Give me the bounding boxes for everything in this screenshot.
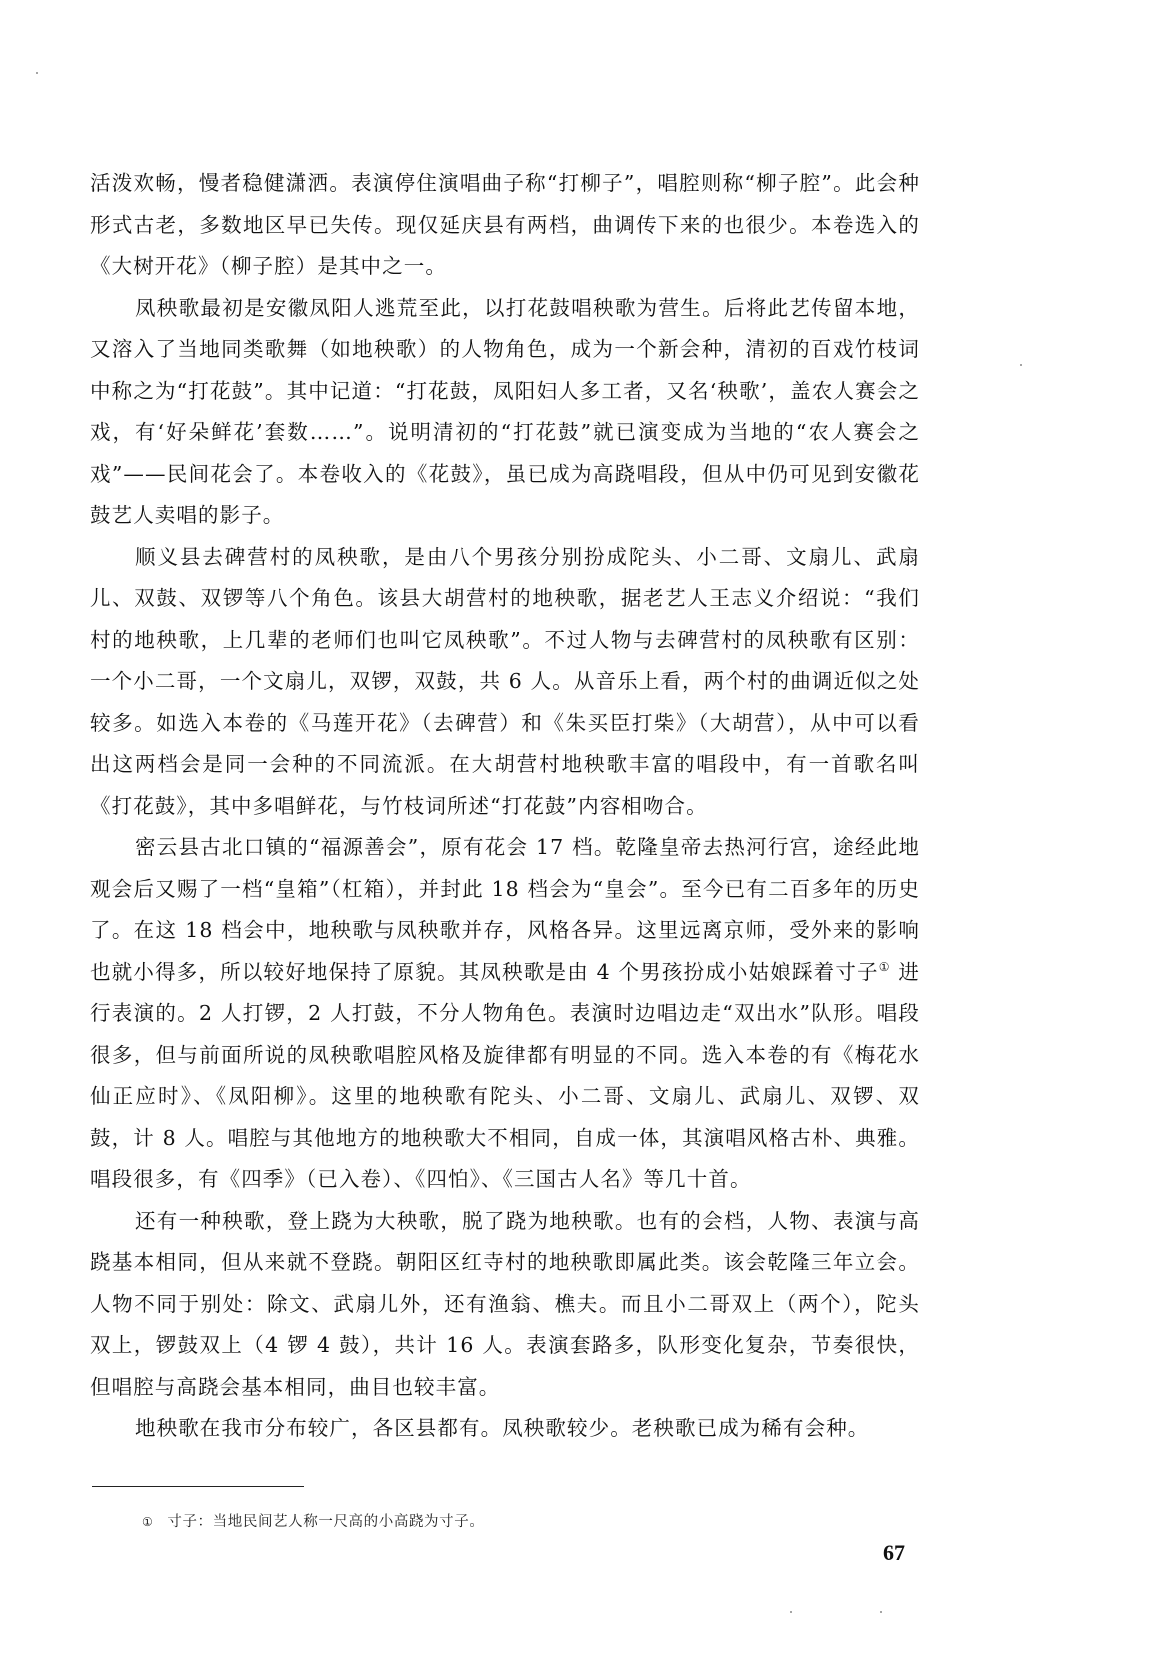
scan-speck <box>36 72 38 74</box>
paragraph-text-part-2: 进行表演的。2 人打锣，2 人打鼓，不分人物角色。表演时边唱边走“双出水”队形。… <box>90 960 920 1192</box>
paragraph-miyun-county: 密云县古北口镇的“福源善会”，原有花会 17 档。乾隆皇帝去热河行宫，途经此地观… <box>90 827 920 1201</box>
scan-speck <box>790 1611 792 1613</box>
footnote-marker: ① <box>142 1512 153 1532</box>
footnote-text: 寸子：当地民间艺人称一尺高的小高跷为寸子。 <box>167 1514 484 1530</box>
paragraph-summary: 地秧歌在我市分布较广，各区县都有。凤秧歌较少。老秧歌已成为稀有会种。 <box>90 1408 920 1450</box>
page-number: 67 <box>883 1540 905 1566</box>
footnote: ①寸子：当地民间艺人称一尺高的小高跷为寸子。 <box>142 1512 484 1532</box>
scan-speck <box>880 1260 882 1262</box>
footnote-divider <box>92 1486 304 1487</box>
paragraph-shunyi-county: 顺义县去碑营村的凤秧歌，是由八个男孩分别扮成陀头、小二哥、文扇儿、武扇儿、双鼓、… <box>90 537 920 828</box>
book-page: 活泼欢畅，慢者稳健潇洒。表演停住演唱曲子称“打柳子”，唱腔则称“柳子腔”。此会种… <box>0 0 1157 1664</box>
body-text: 活泼欢畅，慢者稳健潇洒。表演停住演唱曲子称“打柳子”，唱腔则称“柳子腔”。此会种… <box>90 163 920 1450</box>
scan-speck <box>1020 364 1022 366</box>
paragraph-liuzi-qiang: 活泼欢畅，慢者稳健潇洒。表演停住演唱曲子称“打柳子”，唱腔则称“柳子腔”。此会种… <box>90 163 920 288</box>
scan-speck <box>880 1611 882 1613</box>
footnote-reference[interactable]: ① <box>879 960 891 974</box>
paragraph-chaoyang-district: 还有一种秧歌，登上跷为大秧歌，脱了跷为地秧歌。也有的会档，人物、表演与高跷基本相… <box>90 1201 920 1409</box>
paragraph-feng-yangge-origin: 凤秧歌最初是安徽凤阳人逃荒至此，以打花鼓唱秧歌为营生。后将此艺传留本地，又溶入了… <box>90 288 920 537</box>
paragraph-text-part-1: 密云县古北口镇的“福源善会”，原有花会 17 档。乾隆皇帝去热河行宫，途经此地观… <box>90 835 920 984</box>
